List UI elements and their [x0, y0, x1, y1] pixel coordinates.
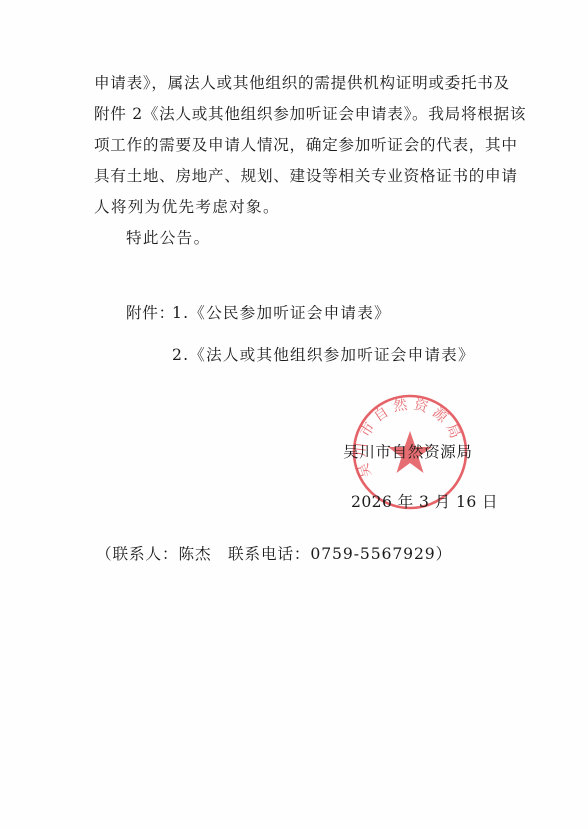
attachment-item-1: 1.《公民参加听证会申请表》	[172, 303, 391, 323]
paragraph-line-1: 申请表》，属法人或其他组织的需提供机构证明或委托书及	[94, 73, 504, 93]
paragraph-line-4: 具有土地、房地产、规划、建设等相关专业资格证书的申请	[94, 166, 504, 186]
contact-info: （联系人：陈杰 联系电话：0759-5567929）	[96, 544, 452, 564]
closing-text: 特此公告。	[126, 228, 536, 248]
attachments-label: 附件：	[126, 303, 175, 323]
issuing-organization: 吴川市自然资源局	[343, 442, 473, 462]
paragraph-line-3: 项工作的需要及申请人情况，确定参加听证会的代表，其中	[94, 135, 504, 155]
issue-date: 2026 年 3 月 16 日	[351, 492, 498, 512]
paragraph-line-2: 附件 2《法人或其他组织参加听证会申请表》。我局将根据该	[94, 104, 504, 124]
paragraph-line-5: 人将列为优先考虑对象。	[94, 197, 504, 217]
svg-text:吴川市自然资源局: 吴川市自然资源局	[353, 396, 465, 479]
attachment-item-2: 2.《法人或其他组织参加听证会申请表》	[172, 345, 475, 365]
document-page: 申请表》，属法人或其他组织的需提供机构证明或委托书及 附件 2《法人或其他组织参…	[0, 0, 588, 829]
seal-text: 吴川市自然资源局	[353, 396, 465, 479]
